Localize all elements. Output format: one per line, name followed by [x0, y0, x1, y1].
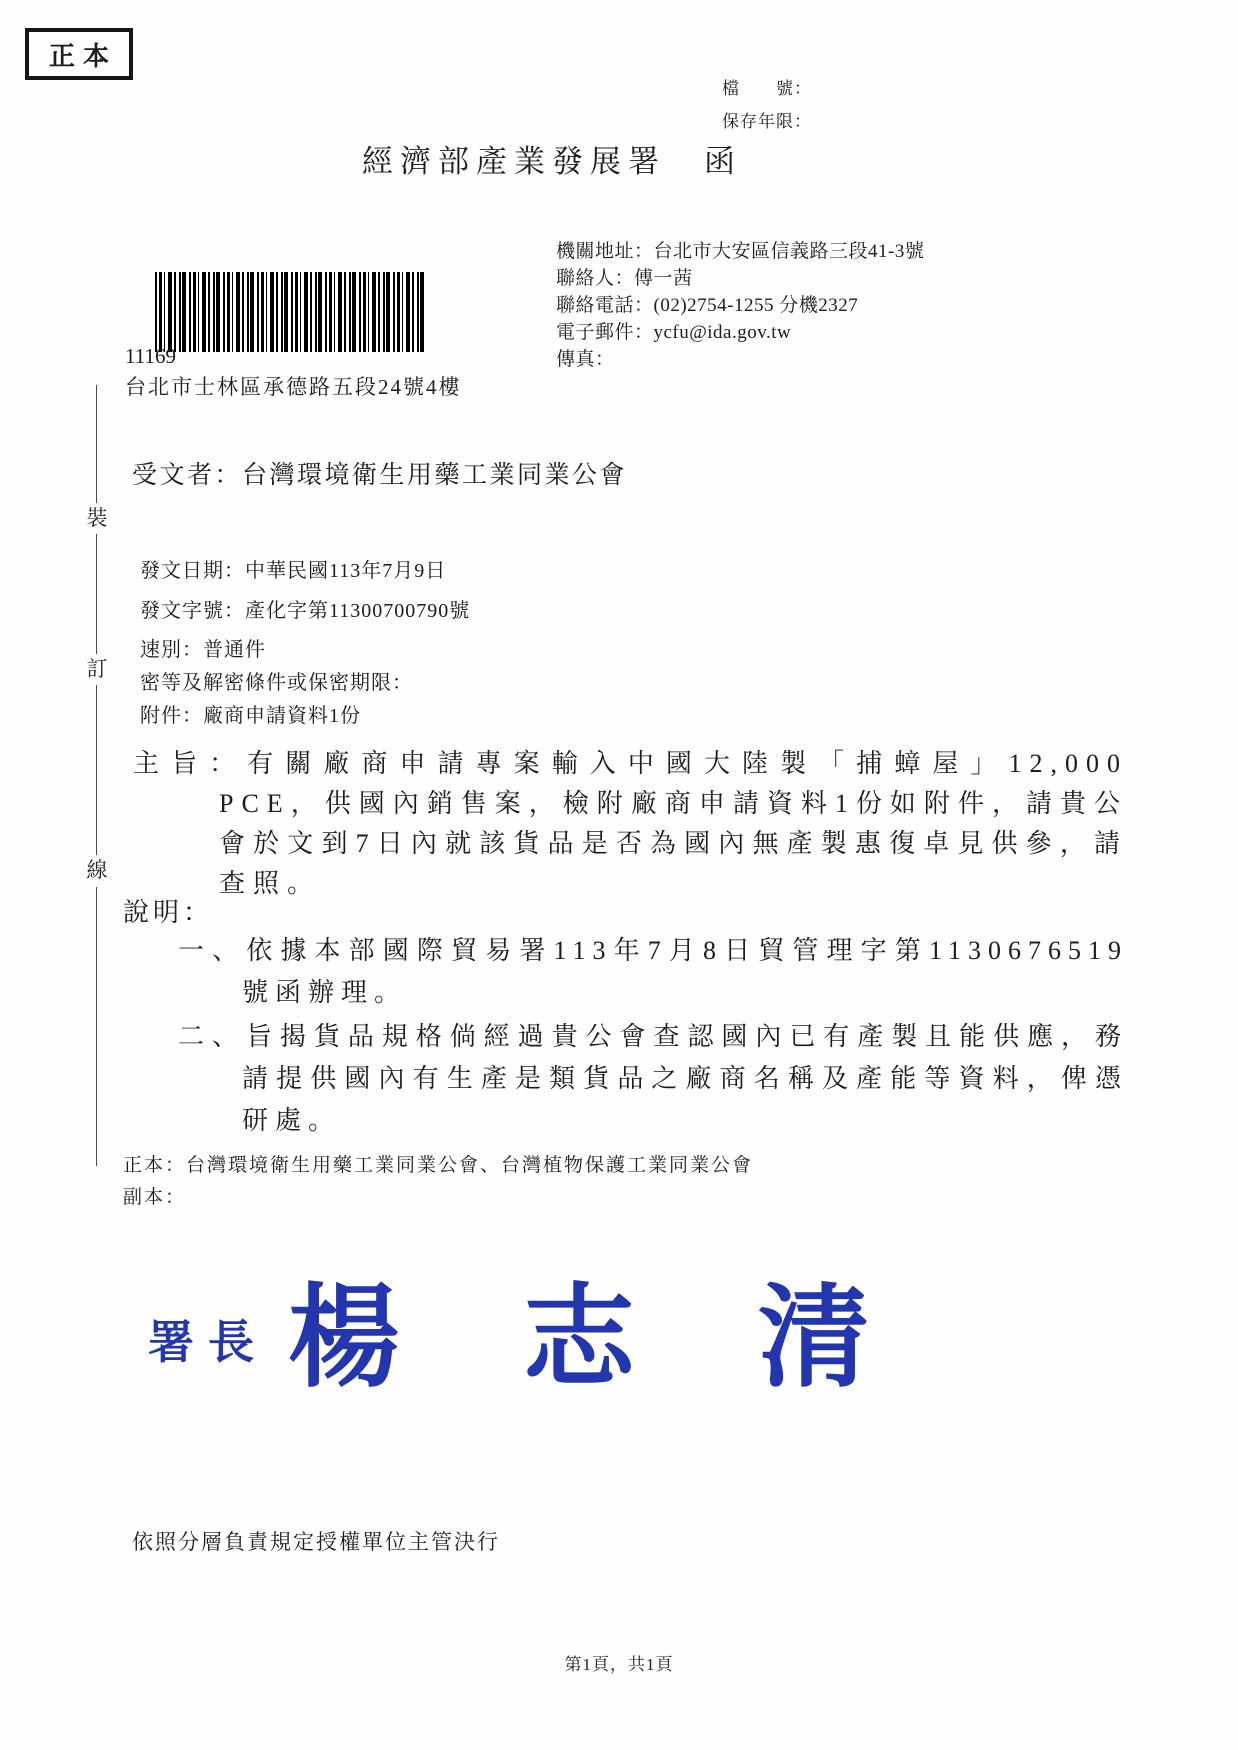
binding-line-segment: [96, 887, 97, 1166]
subject-text: 主旨：有關廠商申請專案輸入中國大陸製「捕蟑屋」12,000 PCE，供國內銷售案…: [133, 744, 1128, 904]
sender-phone: 聯絡電話：(02)2754-1255 分機2327: [556, 292, 924, 319]
priority-level: 速別：普通件: [140, 633, 266, 662]
retention-period-label: 保存年限：: [722, 105, 812, 138]
sender-contact-person: 聯絡人：傅一茜: [556, 265, 924, 292]
file-number-label: 檔 號：: [722, 72, 812, 105]
original-copy-stamp: 正本: [25, 28, 133, 80]
item-2-text: 旨揭貨品規格倘經過貴公會查認國內已有產製且能供應，務請提供國內有生產是類貨品之廠…: [242, 1022, 1128, 1135]
description-label: 說明：: [123, 892, 213, 929]
original-recipients: 正本：台灣環境衛生用藥工業同業公會、台灣植物保護工業同業公會: [123, 1150, 753, 1177]
sender-address: 機關地址：台北市大安區信義路三段41-3號: [556, 238, 924, 265]
binding-mark-xian: 線: [84, 854, 110, 884]
binding-line-segment: [96, 534, 97, 654]
attachment-note: 附件：廠商申請資料1份: [140, 699, 361, 728]
cc-recipients: 副本：: [123, 1182, 186, 1209]
binding-line-segment: [96, 685, 97, 855]
item-1-number: 一、: [178, 936, 246, 965]
receiver-line: 受文者：台灣環境衛生用藥工業同業公會: [132, 455, 627, 491]
delegation-note: 依照分層負責規定授權單位主管決行: [132, 1526, 500, 1556]
item-1-text: 依據本部國際貿易署113年7月8日貿管理字第1130676519號函辦理。: [242, 936, 1128, 1007]
binding-mark-zhuang: 裝: [84, 502, 110, 532]
item-2-number: 二、: [178, 1022, 246, 1051]
recipient-address: 台北市士林區承德路五段24號4樓: [125, 371, 462, 401]
sender-email: 電子郵件：ycfu@ida.gov.tw: [556, 319, 924, 346]
signature-stamp: 楊 志 清: [288, 1248, 912, 1409]
official-letter-page: 正本 檔 號： 保存年限： 經濟部產業發展署 函 機關地址：台北市大安區信義路三…: [0, 0, 1238, 1750]
reference-number: 發文字號：產化字第11300700790號: [140, 594, 470, 623]
recipient-zip: 11169: [125, 344, 176, 369]
sender-contact-block: 機關地址：台北市大安區信義路三段41-3號 聯絡人：傅一茜 聯絡電話：(02)2…: [556, 238, 924, 373]
description-list: 一、依據本部國際貿易署113年7月8日貿管理字第1130676519號函辦理。 …: [178, 930, 1128, 1144]
sender-fax: 傳真：: [556, 346, 924, 373]
subject-label: 主旨：: [133, 749, 247, 778]
subject-paragraph: 主旨：有關廠商申請專案輸入中國大陸製「捕蟑屋」12,000 PCE，供國內銷售案…: [133, 744, 1128, 904]
description-item-2: 二、旨揭貨品規格倘經過貴公會查認國內已有產製且能供應，務請提供國內有生產是類貨品…: [178, 1016, 1128, 1142]
binding-mark-ding: 訂: [84, 653, 110, 683]
signer-title: 署長: [148, 1306, 268, 1372]
barcode: [155, 272, 427, 352]
page-number: 第1頁，共1頁: [0, 1650, 1238, 1675]
issue-date: 發文日期：中華民國113年7月9日: [140, 554, 446, 583]
archival-labels: 檔 號： 保存年限：: [722, 72, 812, 138]
security-classification: 密等及解密條件或保密期限：: [140, 666, 413, 695]
description-item-1: 一、依據本部國際貿易署113年7月8日貿管理字第1130676519號函辦理。: [178, 930, 1128, 1014]
document-title: 經濟部產業發展署 函: [362, 136, 742, 181]
binding-line-segment: [96, 385, 97, 503]
